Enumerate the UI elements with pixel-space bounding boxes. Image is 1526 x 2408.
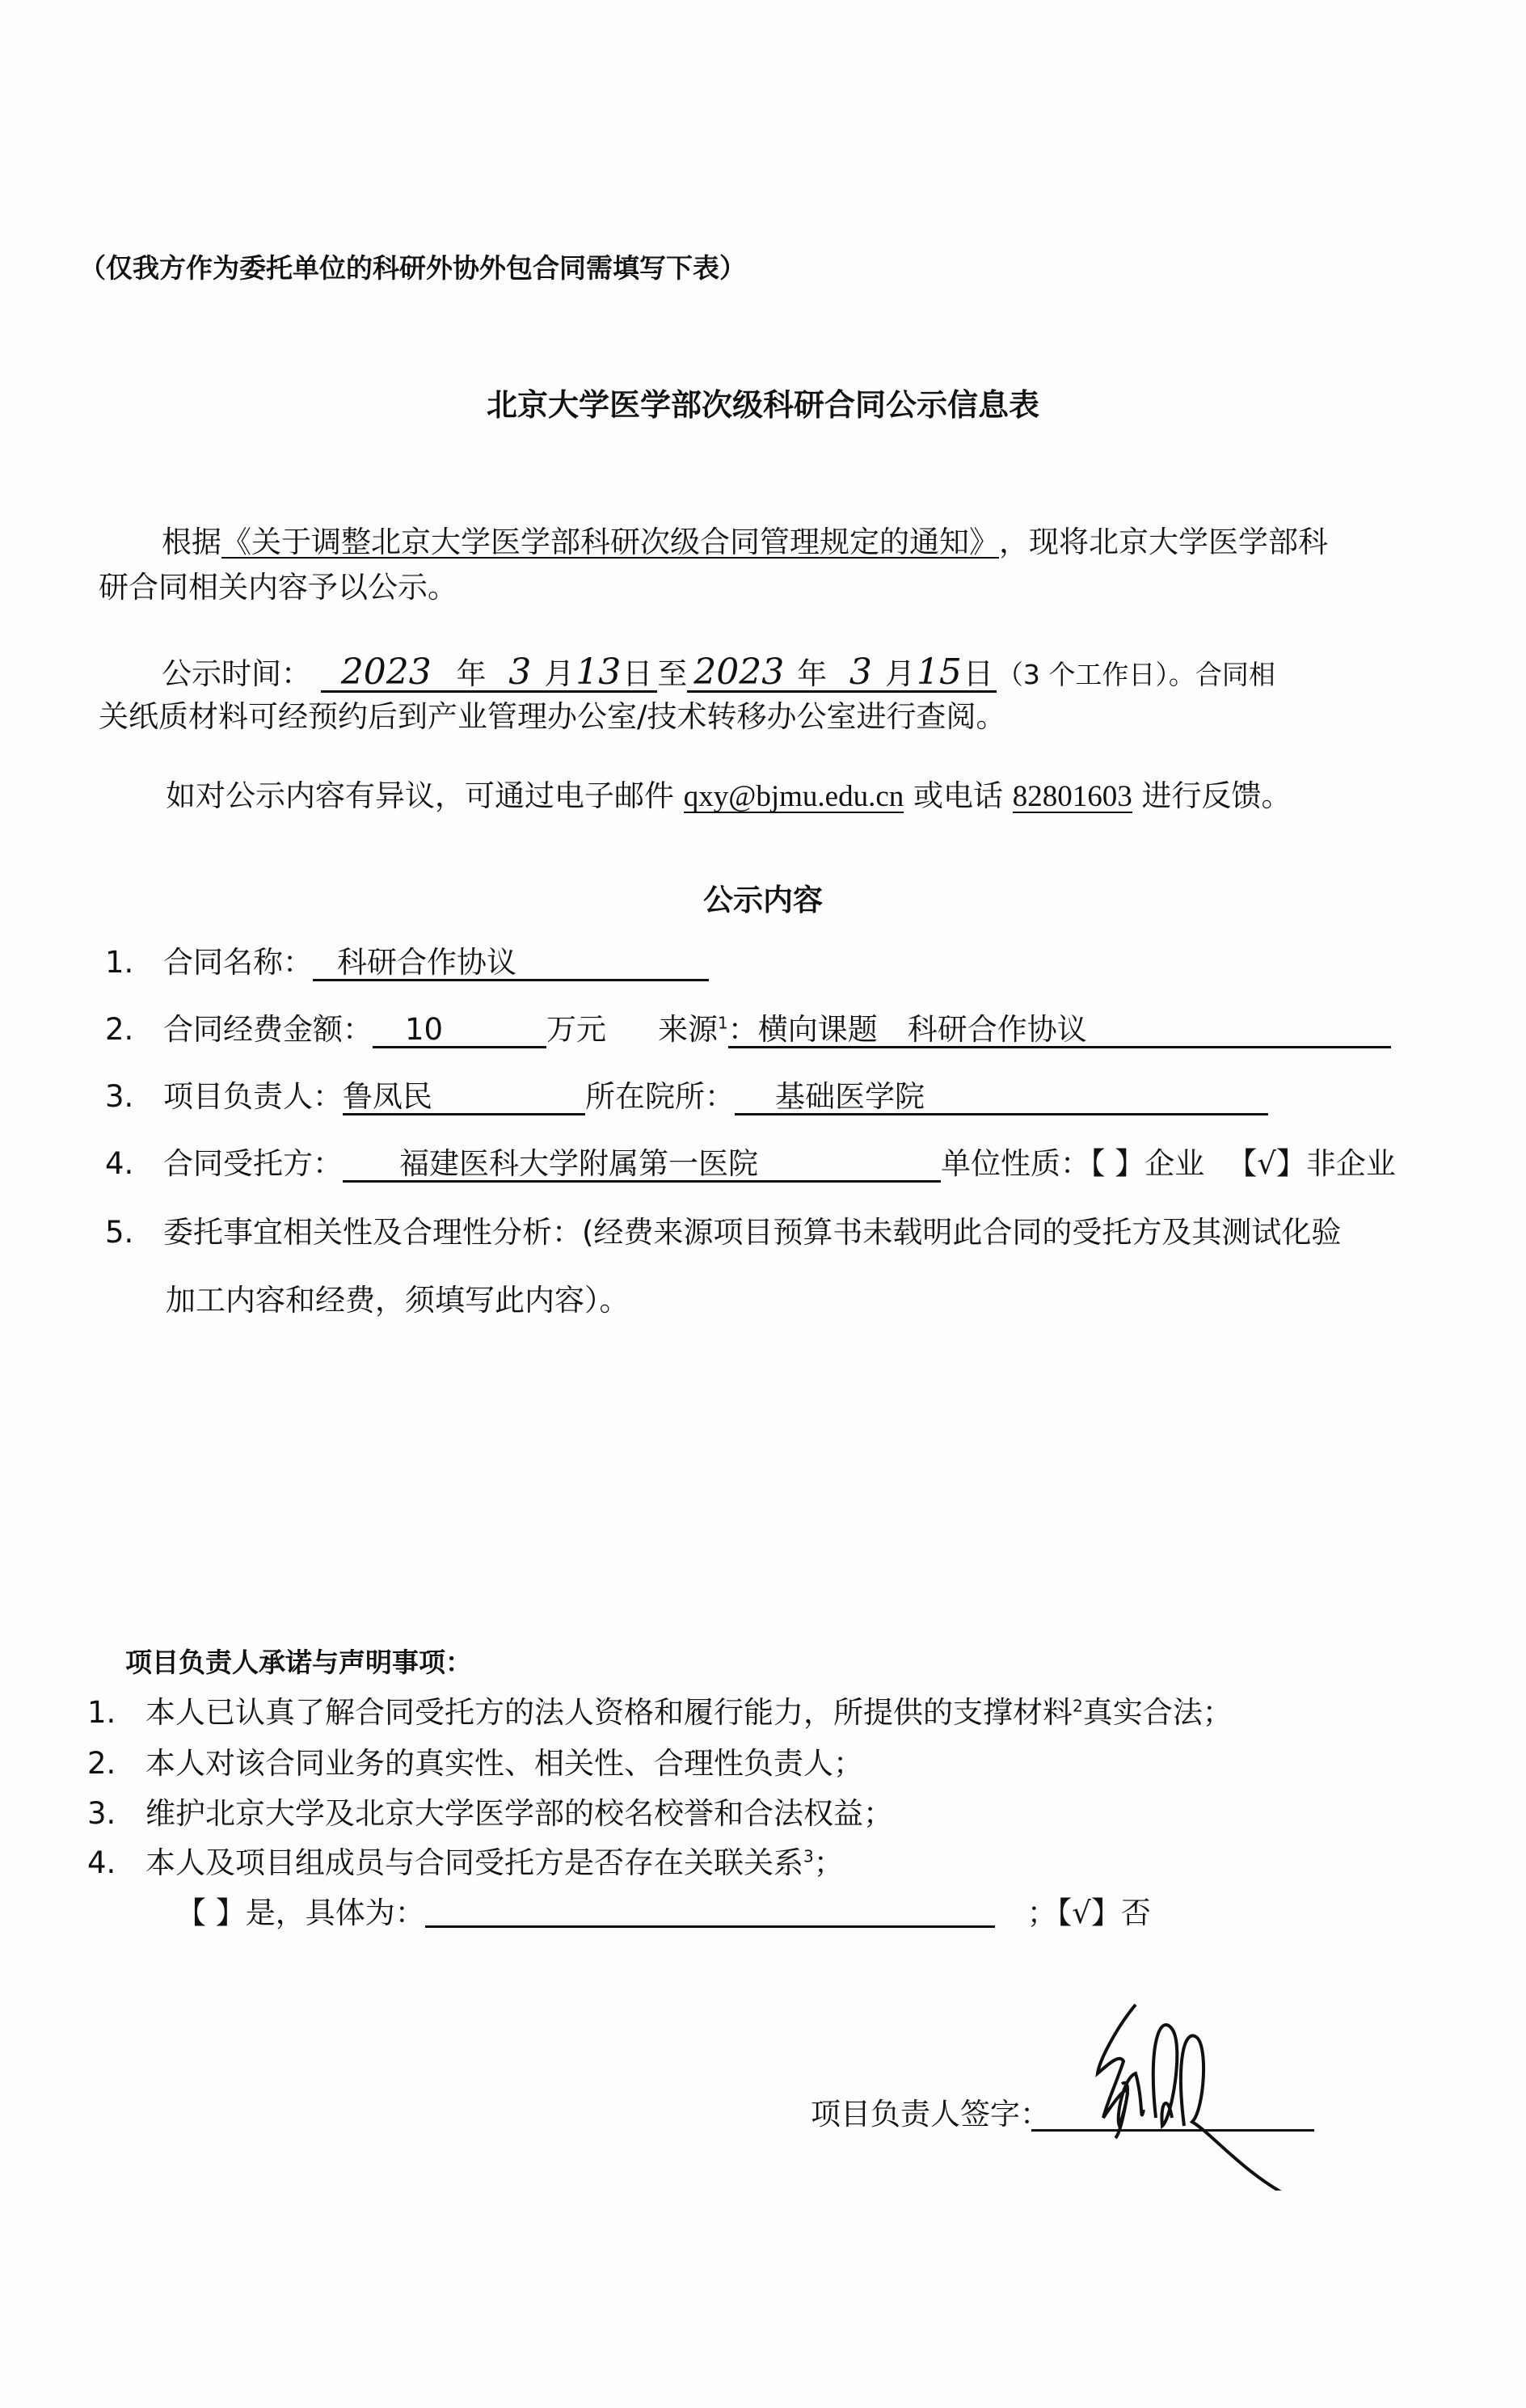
- commitment-item: 1.本人已认真了解合同受托方的法人资格和履行能力，所提供的支撑材料2真实合法；: [87, 1697, 1233, 1727]
- month-char: 月: [544, 656, 574, 691]
- relation-detail-field[interactable]: [425, 1896, 995, 1928]
- period-to: 至: [657, 656, 687, 691]
- contact-prefix: 如对公示内容有异议，可通过电子邮件: [166, 778, 684, 813]
- workdays-note: （3 个工作日）。合同相: [997, 659, 1275, 690]
- contact-suffix: 进行反馈。: [1132, 778, 1292, 813]
- item-trustee: 4.合同受托方：福建医科大学附属第一医院单位性质：【 】企业【√】非企业: [105, 1149, 1396, 1183]
- item-number: 5.: [105, 1217, 163, 1247]
- footnote-3: 3: [803, 1847, 814, 1866]
- item-amount: 2.合同经费金额：10万元来源1：横向课题 科研合作协议: [105, 1014, 1391, 1048]
- contract-name-label: 合同名称：: [163, 945, 313, 980]
- start-day: 13: [574, 655, 622, 690]
- item-leader: 3.项目负责人：鲁凤民所在院所：基础医学院: [105, 1082, 1268, 1115]
- commitment-tail: 真实合法；: [1083, 1695, 1233, 1730]
- contact-mid: 或电话: [904, 778, 1013, 813]
- contract-name-field[interactable]: 科研合作协议: [313, 947, 709, 981]
- item-number: 3.: [105, 1082, 163, 1111]
- item-analysis: 5.委托事宜相关性及合理性分析：(经费来源项目预算书未载明此合同的受托方及其测试…: [105, 1217, 1341, 1247]
- item-number: 3.: [87, 1799, 145, 1828]
- period-line-2: 关纸质材料可经预约后到产业管理办公室/技术转移办公室进行查阅。: [99, 702, 1005, 732]
- item-number: 2.: [87, 1748, 145, 1778]
- commitment-item: 2.本人对该合同业务的真实性、相关性、合理性负责人；: [87, 1748, 863, 1778]
- signature-label: 项目负责人签字：: [811, 2099, 1050, 2129]
- end-day: 15: [915, 655, 963, 690]
- commitment-text: 维护北京大学及北京大学医学部的校名校誉和合法权益；: [145, 1796, 893, 1831]
- note-text: （仅我方作为委托单位的科研外协外包合同需填写下表）: [79, 255, 746, 281]
- item-number: 2.: [105, 1014, 163, 1044]
- item-number: 4.: [87, 1848, 145, 1878]
- day-char: 日: [622, 656, 652, 691]
- year-char: 年: [797, 656, 827, 691]
- amount-field[interactable]: 10: [373, 1014, 546, 1048]
- end-date-field[interactable]: 2023 年 3月15日: [687, 655, 997, 693]
- item-number: 1.: [87, 1697, 145, 1727]
- intro-line-2: 研合同相关内容予以公示。: [99, 572, 457, 602]
- start-date-field[interactable]: 2023 年 3月13日: [321, 655, 658, 693]
- checkbox-non-enterprise[interactable]: 【√】非企业: [1227, 1146, 1396, 1181]
- analysis-line-1: 委托事宜相关性及合理性分析：(经费来源项目预算书未载明此合同的受托方及其测试化验: [163, 1215, 1341, 1250]
- item-number: 1.: [105, 947, 163, 977]
- amount-unit: 万元: [546, 1012, 606, 1047]
- end-month: 3: [837, 655, 885, 690]
- day-char: 日: [963, 656, 993, 691]
- relation-line: 【 】是，具体为：；【√】否: [176, 1896, 1151, 1928]
- analysis-input-area[interactable]: [166, 1334, 1419, 1609]
- start-year: 2023: [326, 655, 447, 690]
- analysis-line-2: 加工内容和经费，须填写此内容）。: [166, 1285, 630, 1315]
- intro-suffix: ，现将北京大学医学部科: [999, 525, 1328, 559]
- month-char: 月: [885, 656, 915, 691]
- period-label: 公示时间：: [162, 656, 311, 691]
- regulation-link[interactable]: 《关于调整北京大学医学部科研次级合同管理规定的通知》: [221, 527, 999, 559]
- amount-label: 合同经费金额：: [163, 1012, 373, 1047]
- phone-link[interactable]: 82801603: [1013, 782, 1132, 813]
- commitment-item: 3.维护北京大学及北京大学医学部的校名校誉和合法权益；: [87, 1799, 893, 1828]
- period-line-1: 公示时间： 2023 年 3月13日 至 2023 年 3月15日 （3 个工作…: [162, 655, 1275, 693]
- checkbox-relation-no[interactable]: 【√】否: [1057, 1896, 1151, 1930]
- checkbox-enterprise[interactable]: 【 】企业: [1090, 1146, 1204, 1181]
- source-label: 来源: [658, 1012, 718, 1047]
- trustee-label: 合同受托方：: [163, 1146, 343, 1181]
- item-number: 4.: [105, 1149, 163, 1179]
- source-value: 横向课题 科研合作协议: [758, 1012, 1087, 1047]
- checkbox-relation-yes[interactable]: 【 】是，具体为：: [176, 1896, 425, 1930]
- commitments-heading: 项目负责人承诺与声明事项：: [125, 1649, 472, 1676]
- start-month: 3: [495, 655, 544, 690]
- dept-label: 所在院所：: [585, 1079, 735, 1114]
- intro-prefix: 根据: [162, 525, 221, 559]
- source-field[interactable]: ：横向课题 科研合作协议: [728, 1014, 1391, 1048]
- dept-field[interactable]: 基础医学院: [735, 1082, 1268, 1115]
- nature-label: 单位性质：: [941, 1146, 1090, 1181]
- footnote-2: 2: [1073, 1697, 1083, 1716]
- colon: ：: [728, 1012, 758, 1047]
- email-link[interactable]: qxy@bjmu.edu.cn: [684, 782, 904, 813]
- contact-line: 如对公示内容有异议，可通过电子邮件 qxy@bjmu.edu.cn 或电话 82…: [166, 781, 1292, 813]
- intro-line-1: 根据《关于调整北京大学医学部科研次级合同管理规定的通知》，现将北京大学医学部科: [162, 527, 1328, 559]
- page-title: 北京大学医学部次级科研合同公示信息表: [0, 390, 1526, 420]
- item-contract-name: 1.合同名称：科研合作协议: [105, 947, 709, 981]
- leader-label: 项目负责人：: [163, 1079, 343, 1114]
- commitment-text: 本人已认真了解合同受托方的法人资格和履行能力，所提供的支撑材料: [145, 1695, 1073, 1730]
- end-year: 2023: [690, 655, 787, 690]
- separator: ；: [1027, 1896, 1057, 1930]
- commitment-item: 4.本人及项目组成员与合同受托方是否存在关联关系3；: [87, 1848, 844, 1878]
- handwritten-signature-icon: [1083, 1997, 1326, 2191]
- commitment-text: 本人及项目组成员与合同受托方是否存在关联关系: [145, 1845, 803, 1880]
- trustee-field[interactable]: 福建医科大学附属第一医院: [343, 1149, 941, 1183]
- year-char: 年: [457, 656, 487, 691]
- section-title: 公示内容: [0, 885, 1526, 915]
- commitment-tail: ；: [814, 1845, 844, 1880]
- footnote-1: 1: [718, 1014, 728, 1033]
- leader-field[interactable]: 鲁凤民: [343, 1082, 585, 1115]
- commitment-text: 本人对该合同业务的真实性、相关性、合理性负责人；: [145, 1746, 863, 1781]
